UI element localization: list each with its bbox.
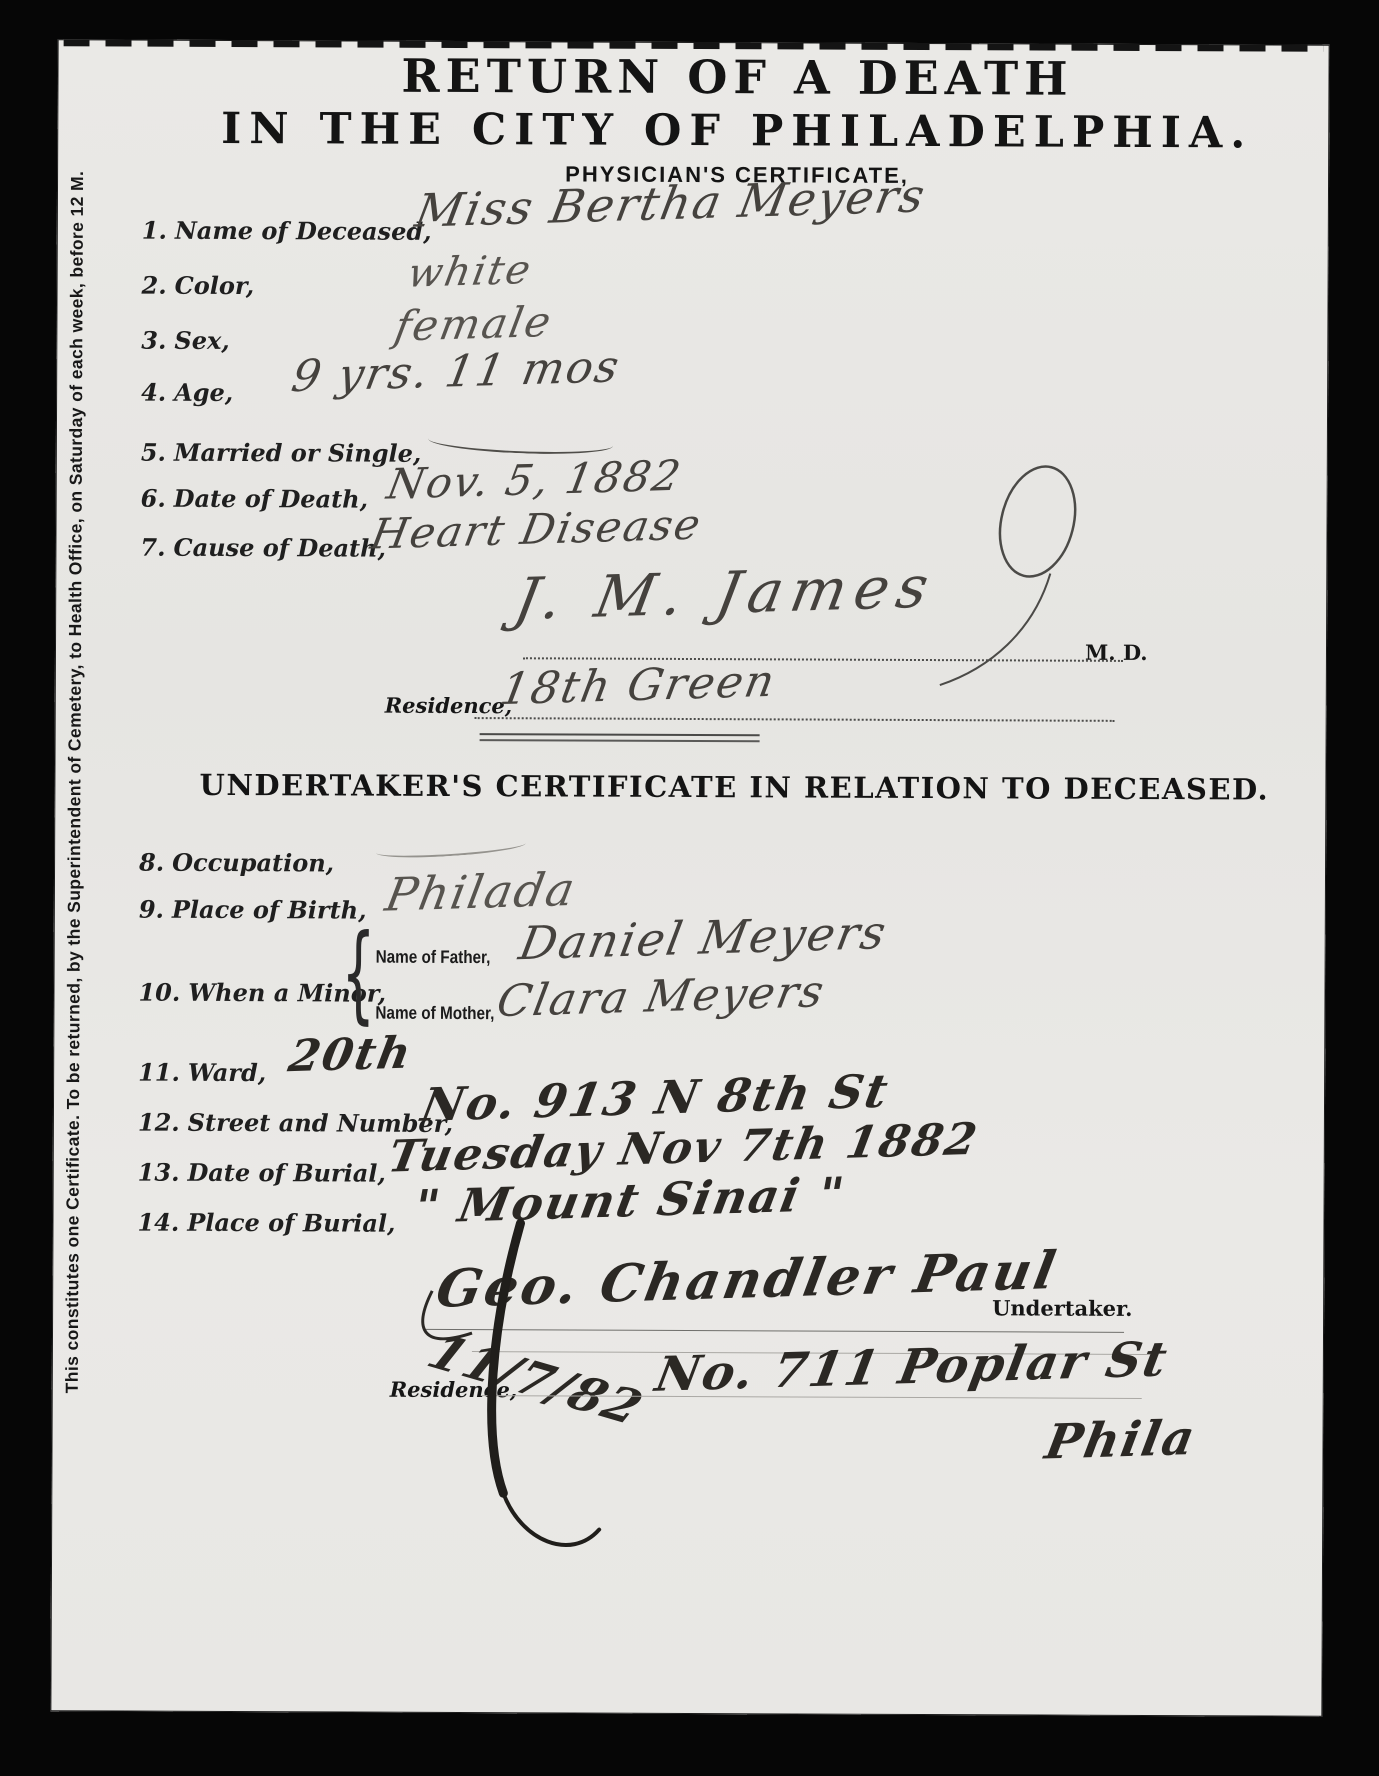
field-date-of-burial: 13.Date of Burial, <box>138 1158 386 1188</box>
handwritten-date-of-death: Nov. 5, 1882 <box>384 454 686 507</box>
field-label: Age, <box>174 378 233 407</box>
field-label: Date of Death, <box>174 484 368 514</box>
field-label: Married or Single, <box>174 438 421 468</box>
name-of-mother-label: Name of Mother, <box>375 1003 494 1025</box>
handwritten-age: 9 yrs. 11 mos <box>288 344 624 400</box>
handwritten-name-of-deceased: Miss Bertha Meyers <box>412 171 930 235</box>
handwritten-undertaker-residence: No. 711 Poplar St <box>652 1334 1173 1400</box>
document-title: RETURN OF A DEATH <box>147 48 1327 107</box>
field-married-or-single: 5.Married or Single, <box>141 438 422 468</box>
field-label: Date of Burial, <box>187 1158 385 1188</box>
undertaker-signature-line <box>424 1329 1124 1333</box>
undertaker-section-heading: UNDERTAKER'S CERTIFICATE IN RELATION TO … <box>144 768 1324 807</box>
field-number: 3. <box>141 326 166 355</box>
field-number: 7. <box>140 533 165 562</box>
field-label: Place of Burial, <box>187 1208 395 1238</box>
field-number: 9. <box>139 895 164 924</box>
field-place-of-burial: 14.Place of Burial, <box>137 1208 395 1238</box>
field-label: Name of Deceased, <box>175 216 432 246</box>
side-margin-instruction: This constitutes one Certificate. To be … <box>62 57 89 1393</box>
field-label: Occupation, <box>172 848 334 878</box>
handwritten-color: white <box>405 249 536 295</box>
field-label: Color, <box>175 271 255 300</box>
handwritten-physician-residence: 18th Green <box>497 659 780 713</box>
undertaker-label: Undertaker. <box>992 1295 1132 1321</box>
handwritten-ward: 20th <box>285 1031 416 1081</box>
field-number: 10. <box>138 978 180 1007</box>
residence-line <box>475 717 1115 722</box>
field-number: 4. <box>141 378 166 407</box>
field-age: 4.Age, <box>141 378 233 407</box>
handwritten-blank-dash-faint <box>376 840 526 861</box>
signature-flourish-oval <box>989 458 1086 584</box>
signature-flourish-tail <box>940 573 1050 685</box>
field-number: 11. <box>138 1058 180 1087</box>
handwritten-place-of-birth: Philada <box>382 865 580 919</box>
field-cause-of-death: 7.Cause of Death, <box>140 533 386 563</box>
field-label: Place of Birth, <box>172 895 367 925</box>
name-of-father-label: Name of Father, <box>376 947 491 969</box>
field-number: 14. <box>137 1208 179 1237</box>
field-label: Ward, <box>188 1058 266 1087</box>
handwritten-sex: female <box>391 300 556 349</box>
field-name-of-deceased: 1.Name of Deceased, <box>142 216 432 246</box>
field-number: 5. <box>141 438 166 467</box>
field-place-of-birth: 9.Place of Birth, <box>139 895 367 925</box>
field-label: Sex, <box>174 326 229 355</box>
field-number: 13. <box>138 1158 180 1187</box>
document-title-line2: IN THE CITY OF PHILADELPHIA. <box>147 104 1327 159</box>
field-occupation: 8.Occupation, <box>139 848 334 878</box>
handwritten-mother-name: Clara Meyers <box>493 969 828 1025</box>
undertaker-signature: Geo. Chandler Paul <box>432 1244 1062 1317</box>
handwritten-city: Phila <box>1041 1413 1200 1468</box>
field-color: 2.Color, <box>142 271 255 300</box>
scanned-death-return-document: { "side_note": "This constitutes one Cer… <box>0 0 1379 1776</box>
handwritten-place-of-burial: " Mount Sinai " <box>410 1170 849 1231</box>
field-label: Cause of Death, <box>173 533 386 563</box>
handwritten-cause-of-death: Heart Disease <box>367 503 705 557</box>
minor-brace: { <box>341 920 375 1026</box>
field-date-of-death: 6.Date of Death, <box>141 484 368 514</box>
field-sex: 3.Sex, <box>141 326 229 355</box>
handwritten-burial-date-note: 11/7/82 <box>420 1328 652 1434</box>
section-separator <box>480 733 760 742</box>
field-number: 2. <box>142 271 167 300</box>
undertaker-heavy-stroke-tail <box>503 1493 599 1545</box>
field-number: 1. <box>142 216 167 245</box>
certificate-paper: This constitutes one Certificate. To be … <box>50 39 1329 1717</box>
field-number: 8. <box>139 848 164 877</box>
physician-signature: J. M. James <box>510 557 941 631</box>
field-number: 6. <box>141 484 166 513</box>
field-ward: 11.Ward, <box>138 1058 266 1088</box>
physician-residence-label: Residence, <box>385 693 512 719</box>
handwritten-father-name: Daniel Meyers <box>516 908 892 967</box>
field-number: 12. <box>138 1108 180 1137</box>
